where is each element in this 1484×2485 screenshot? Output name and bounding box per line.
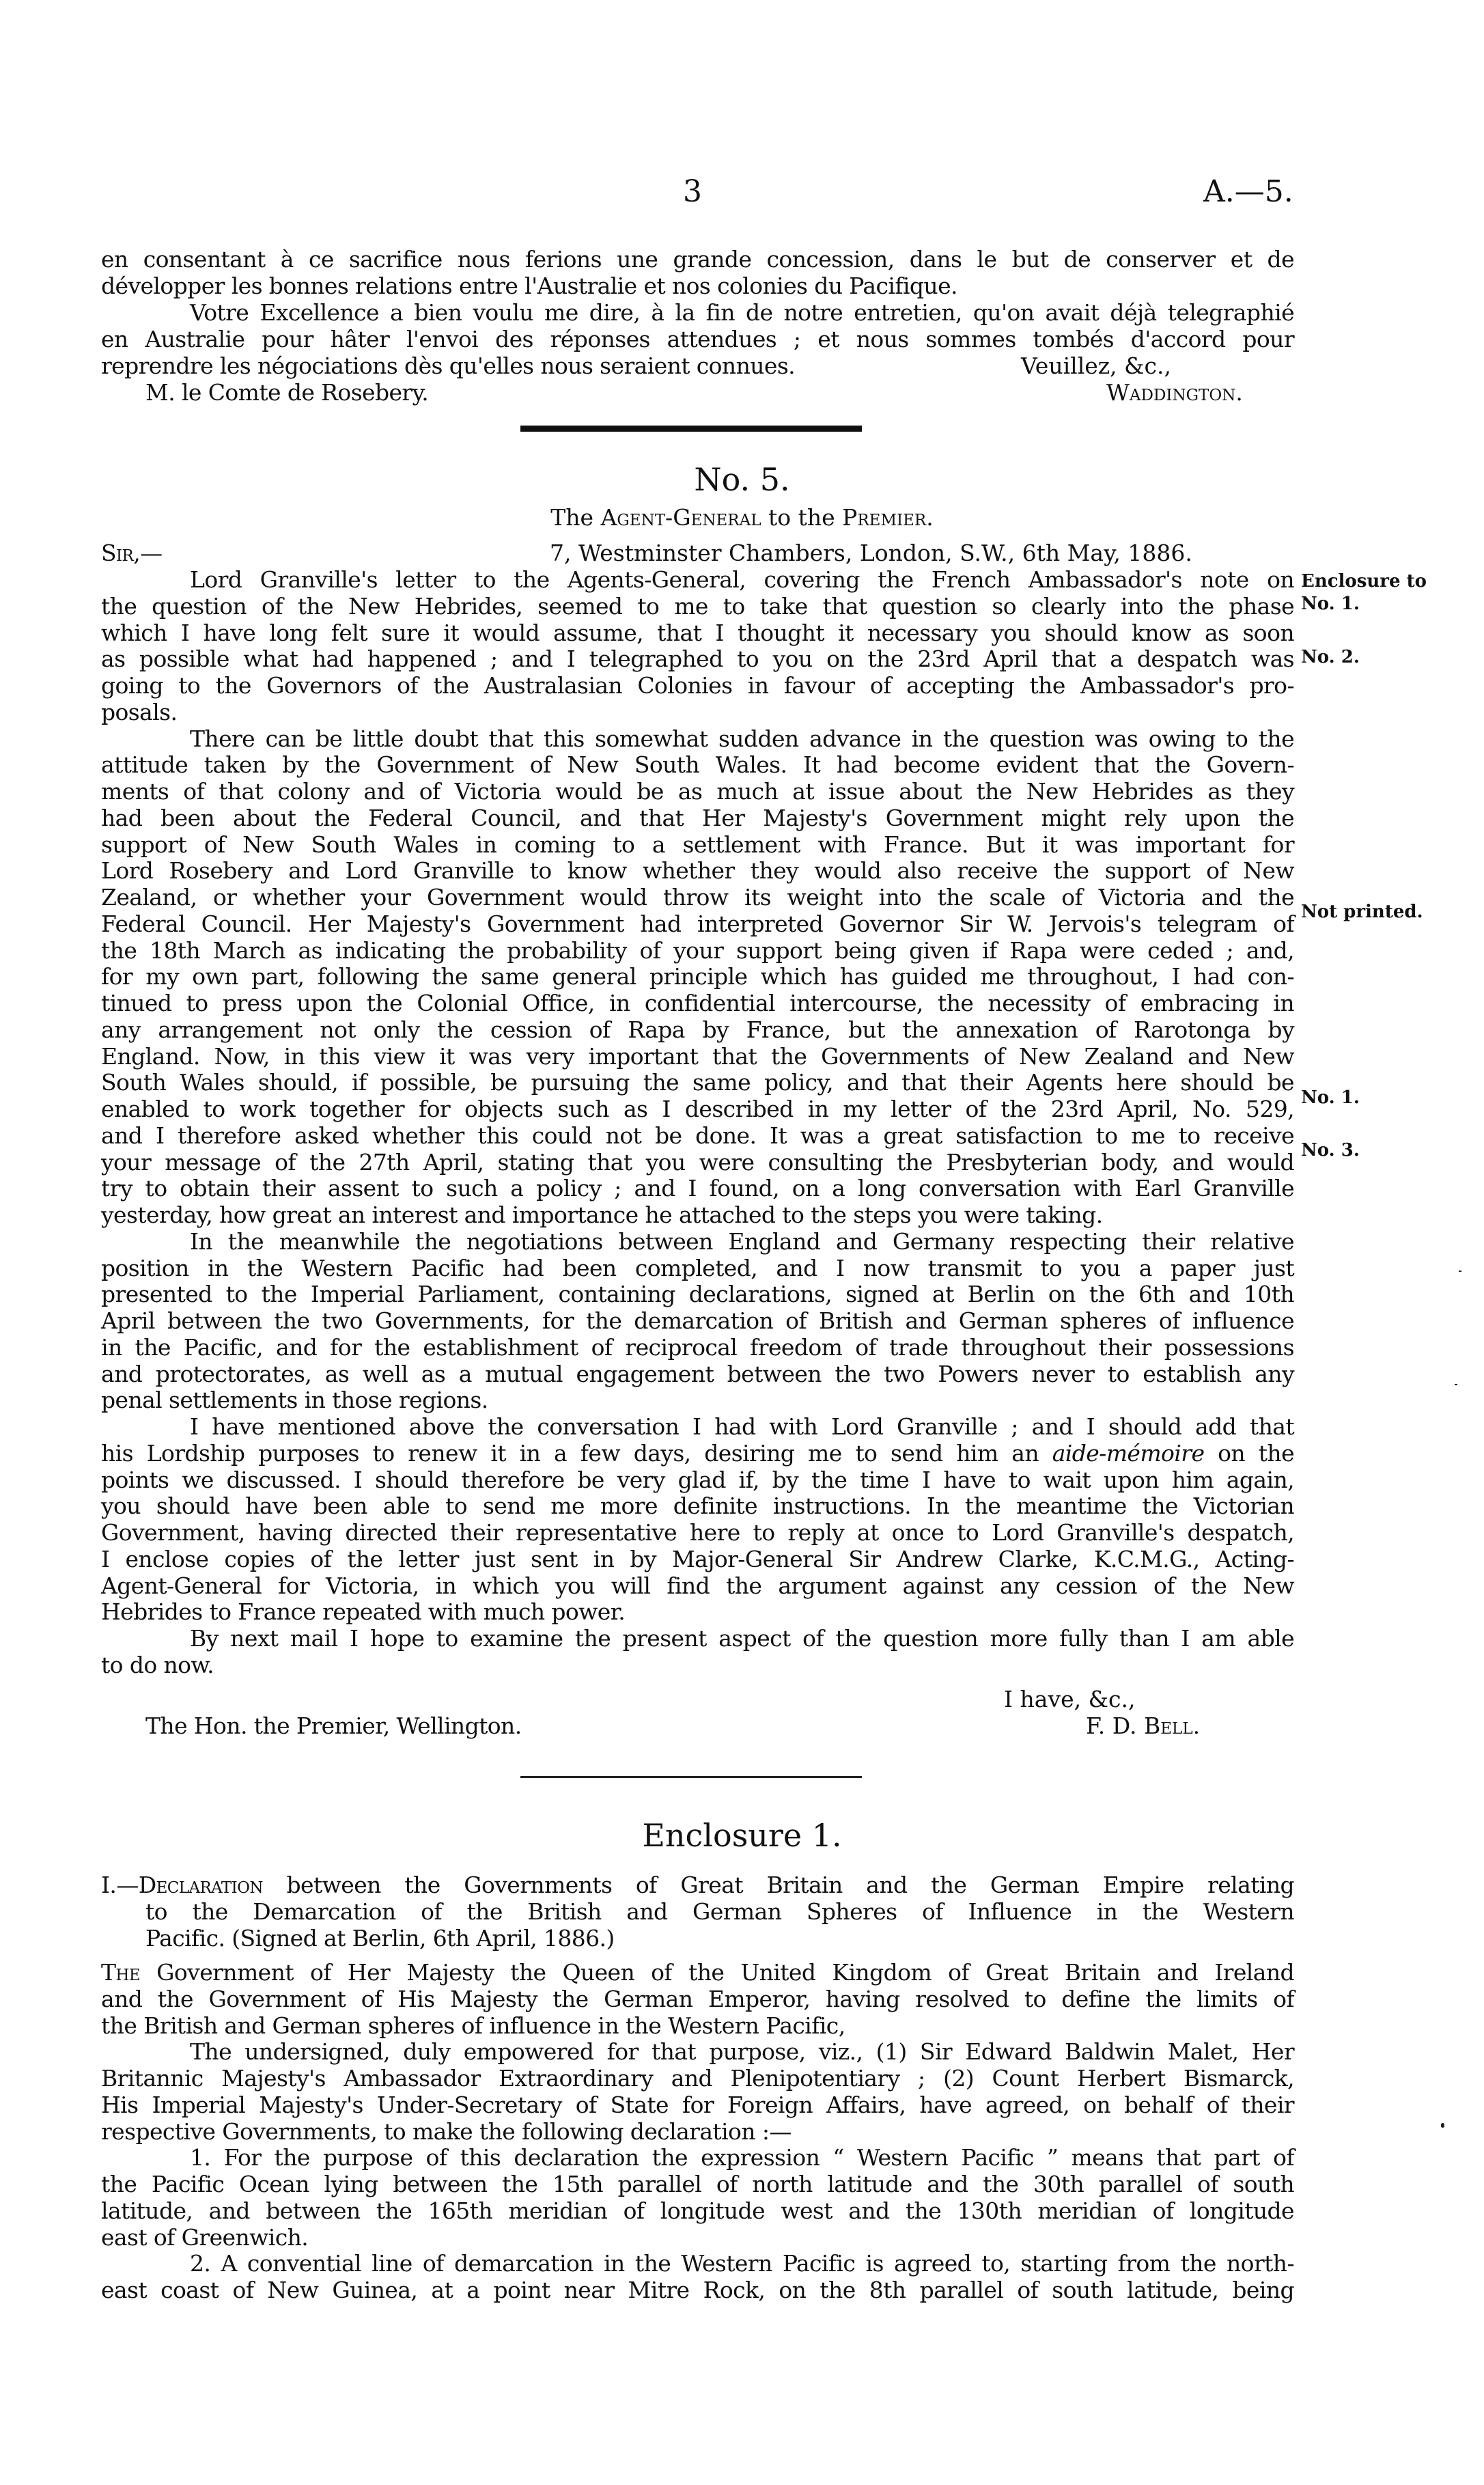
body-line: Government, having directed their repres… xyxy=(101,1519,1294,1546)
addressee: M. le Comte de Rosebery. xyxy=(145,379,1250,406)
body-line: By next mail I hope to examine the prese… xyxy=(190,1625,1294,1652)
preamble-text: Government of Her Majesty the Queen of t… xyxy=(140,1959,1294,1986)
body-line: England. Now, in this view it was very i… xyxy=(101,1043,1294,1070)
body-line: Agent-General for Victoria, in which you… xyxy=(101,1572,1294,1600)
body-line: penal settlements in those regions. xyxy=(101,1387,1294,1414)
document-code: A.—5. xyxy=(1203,175,1293,209)
body-line: I have mentioned above the conversation … xyxy=(190,1413,1294,1441)
body-line: the 18th March as indicating the probabi… xyxy=(101,937,1294,964)
body-line: in the Pacific, and for the establishmen… xyxy=(101,1334,1294,1361)
letter-subtitle: The Agent-General to the Premier. xyxy=(0,504,1484,531)
body-line: Hebrides to France repeated with much po… xyxy=(101,1598,1294,1626)
body-line: Zealand, or whether your Government woul… xyxy=(101,884,1294,911)
body-line: had been about the Federal Council, and … xyxy=(101,805,1294,832)
body-line: for my own part, following the same gene… xyxy=(101,963,1294,990)
closing-phrase: I have, &c., xyxy=(1004,1686,1135,1713)
body-line: en Australie pour hâter l'envoi des répo… xyxy=(101,326,1294,353)
body-line: In the meanwhile the negotiations betwee… xyxy=(190,1228,1294,1255)
margin-note: No. 1. xyxy=(1301,594,1360,614)
body-line: en consentant à ce sacrifice nous ferion… xyxy=(101,246,1294,273)
margin-note: Enclosure to xyxy=(1301,571,1427,592)
body-line: and I therefore asked whether this could… xyxy=(101,1122,1294,1150)
subtitle-text: to the xyxy=(761,504,842,531)
body-line: Pacific. (Signed at Berlin, 6th April, 1… xyxy=(145,1925,1294,1952)
body-line: which I have long felt sure it would ass… xyxy=(101,620,1294,647)
margin-note: No. 1. xyxy=(1301,1087,1360,1108)
subtitle-from: Agent-General xyxy=(601,504,761,531)
body-line: attitude taken by the Government of New … xyxy=(101,751,1294,779)
page-number: 3 xyxy=(683,175,702,209)
signature-initials: F. D. xyxy=(1086,1712,1144,1739)
subtitle-text: The xyxy=(550,504,600,531)
margin-note: No. 3. xyxy=(1301,1140,1360,1161)
body-line: Lord Rosebery and Lord Granville to know… xyxy=(101,857,1294,885)
italic-term: aide-mémoire xyxy=(1052,1440,1205,1467)
body-line: support of New South Wales in coming to … xyxy=(101,831,1294,859)
body-line: Britannic Majesty's Ambassador Extraordi… xyxy=(101,2065,1294,2092)
body-line: the British and German spheres of influe… xyxy=(101,2012,1294,2040)
preamble-text: The xyxy=(101,1959,140,1986)
body-line: the Pacific Ocean lying between the 15th… xyxy=(101,2171,1294,2198)
body-line: The undersigned, duly empowered for that… xyxy=(190,2038,1294,2066)
body-line: to do now. xyxy=(101,1652,1294,1679)
body-line: to the Demarcation of the British and Ge… xyxy=(145,1898,1294,1926)
enclosure-title: Enclosure 1. xyxy=(0,1817,1484,1854)
body-line: going to the Governors of the Australasi… xyxy=(101,672,1294,699)
body-line: you should have been able to send me mor… xyxy=(101,1493,1294,1520)
body-line: 1. For the purpose of this declaration t… xyxy=(190,2144,1294,2171)
scan-artifact xyxy=(1459,1271,1461,1272)
body-line: the question of the New Hebrides, seemed… xyxy=(101,593,1294,620)
scan-artifact xyxy=(1441,2123,1444,2128)
body-line: any arrangement not only the cession of … xyxy=(101,1016,1294,1044)
signature-name: Bell. xyxy=(1144,1712,1200,1739)
addressee: The Hon. the Premier, Wellington. xyxy=(145,1712,1250,1740)
section-divider-rule xyxy=(520,1776,862,1778)
signature: F. D. Bell. xyxy=(1086,1712,1200,1740)
closing-phrase: Veuillez, &c., xyxy=(1021,352,1171,380)
body-line: développer les bonnes relations entre l'… xyxy=(101,273,1294,300)
body-line: and protectorates, as well as a mutual e… xyxy=(101,1361,1294,1388)
body-line: his Lordship purposes to renew it in a f… xyxy=(101,1440,1294,1467)
body-line: 2. A convential line of demarcation in t… xyxy=(190,2250,1294,2277)
body-line: east of Greenwich. xyxy=(101,2224,1294,2251)
body-line: latitude, and between the 165th meridian… xyxy=(101,2197,1294,2225)
address-date: 7, Westminster Chambers, London, S.W., 6… xyxy=(550,540,1192,567)
heading-text: between the Governments of Great Britain… xyxy=(263,1872,1294,1898)
section-divider-rule xyxy=(520,426,862,432)
body-line: enabled to work together for objects suc… xyxy=(101,1096,1294,1123)
body-line: yesterday, how great an interest and imp… xyxy=(101,1202,1294,1229)
margin-note: Not printed. xyxy=(1301,902,1423,922)
body-line: east coast of New Guinea, at a point nea… xyxy=(101,2277,1294,2304)
letter-number: No. 5. xyxy=(0,462,1484,497)
scan-artifact xyxy=(1455,1384,1457,1385)
line-text: his Lordship purposes to renew it in a f… xyxy=(101,1440,1052,1467)
body-line: There can be little doubt that this some… xyxy=(190,725,1294,753)
heading-text: I.— xyxy=(101,1872,139,1898)
declaration-heading: I.—Declaration between the Governments o… xyxy=(101,1872,1294,1899)
body-line: His Imperial Majesty's Under-Secretary o… xyxy=(101,2092,1294,2119)
body-line: as possible what had happened ; and I te… xyxy=(101,645,1294,673)
body-line: position in the Western Pacific had been… xyxy=(101,1255,1294,1282)
body-line: South Wales should, if possible, be purs… xyxy=(101,1069,1294,1096)
body-line: try to obtain their assent to such a pol… xyxy=(101,1175,1294,1202)
body-line: Votre Excellence a bien voulu me dire, à… xyxy=(190,299,1294,327)
body-line: and the Government of His Majesty the Ge… xyxy=(101,1986,1294,2013)
body-line: ments of that colony and of Victoria wou… xyxy=(101,778,1294,805)
margin-note: No. 2. xyxy=(1301,647,1360,667)
body-line: April between the two Governments, for t… xyxy=(101,1307,1294,1335)
body-line: tinued to press upon the Colonial Office… xyxy=(101,990,1294,1017)
body-line: respective Governments, to make the foll… xyxy=(101,2118,1294,2146)
signature: Waddington. xyxy=(1106,379,1243,406)
body-line: posals. xyxy=(101,699,1294,726)
line-text: on the xyxy=(1204,1440,1294,1467)
body-line: I enclose copies of the letter just sent… xyxy=(101,1546,1294,1573)
body-line: points we discussed. I should therefore … xyxy=(101,1467,1294,1494)
body-line: Lord Granville's letter to the Agents-Ge… xyxy=(190,566,1294,594)
body-line: presented to the Imperial Parliament, co… xyxy=(101,1281,1294,1308)
body-line: The Government of Her Majesty the Queen … xyxy=(101,1959,1294,1986)
body-line: Federal Council. Her Majesty's Governmen… xyxy=(101,911,1294,938)
subtitle-to: Premier. xyxy=(842,504,934,531)
heading-text: Declaration xyxy=(139,1872,263,1898)
body-line: your message of the 27th April, stating … xyxy=(101,1149,1294,1176)
